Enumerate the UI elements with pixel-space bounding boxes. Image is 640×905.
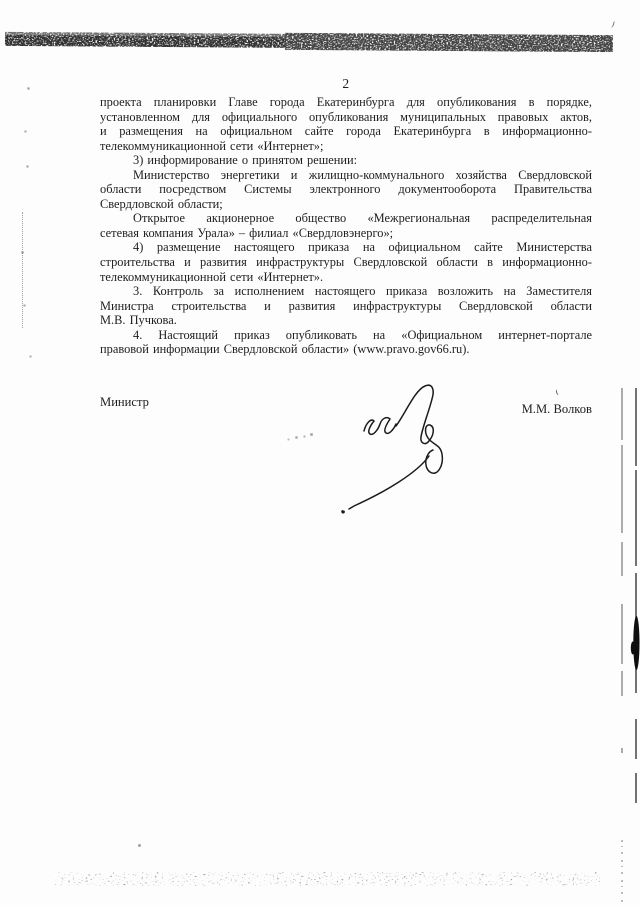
text-line: области посредством Системы электронного… [100, 182, 592, 197]
text-line: и размещения на официальном сайте города… [100, 124, 592, 139]
scan-artifact-top-right-mark [609, 21, 615, 29]
text-line: телекоммуникационной сети «Интернет»; [100, 139, 592, 154]
document-body: проекта планировки Главе города Екатерин… [100, 95, 592, 357]
scan-artifact-specks [0, 0, 1, 1]
text-line: Открытое акционерное общество «Межрегион… [100, 211, 592, 226]
text-line: 3. Контроль за исполнением настоящего пр… [100, 284, 592, 299]
text-line: телекоммуникационной сети «Интернет». [100, 270, 592, 285]
signatory-title: Министр [100, 395, 149, 410]
text-line: Свердловской области; [100, 197, 592, 212]
text-line: строительства и развития инфраструктуры … [100, 255, 592, 270]
signature-handwriting-icon [333, 380, 468, 522]
scan-artifact-bottom-speckles [55, 866, 600, 892]
scanned-page: 2 проекта планировки Главе города Екатер… [0, 0, 640, 905]
scan-artifact-top-strip [5, 29, 613, 55]
text-line: правовой информации Свердловской области… [100, 342, 592, 357]
text-line: 4. Настоящий приказ опубликовать на «Офи… [100, 328, 592, 343]
page-number: 2 [100, 76, 592, 92]
text-line: 3) информирование о принятом решении: [100, 153, 592, 168]
signatory-name: М.М. Волков [522, 402, 592, 417]
text-line: Министра строительства и развития инфрас… [100, 299, 592, 314]
text-line: сетевая компания Урала» – филиал «Свердл… [100, 226, 592, 241]
text-line: проекта планировки Главе города Екатерин… [100, 95, 592, 110]
text-line: 4) размещение настоящего приказа на офиц… [100, 240, 592, 255]
text-line: Министерство энергетики и жилищно-коммун… [100, 168, 592, 183]
text-line: М.В. Пучкова. [100, 313, 592, 328]
scan-artifact-right-lines [608, 385, 640, 905]
scan-artifact-left-dotted-line [22, 212, 23, 328]
text-line: установленном для официального опубликов… [100, 110, 592, 125]
